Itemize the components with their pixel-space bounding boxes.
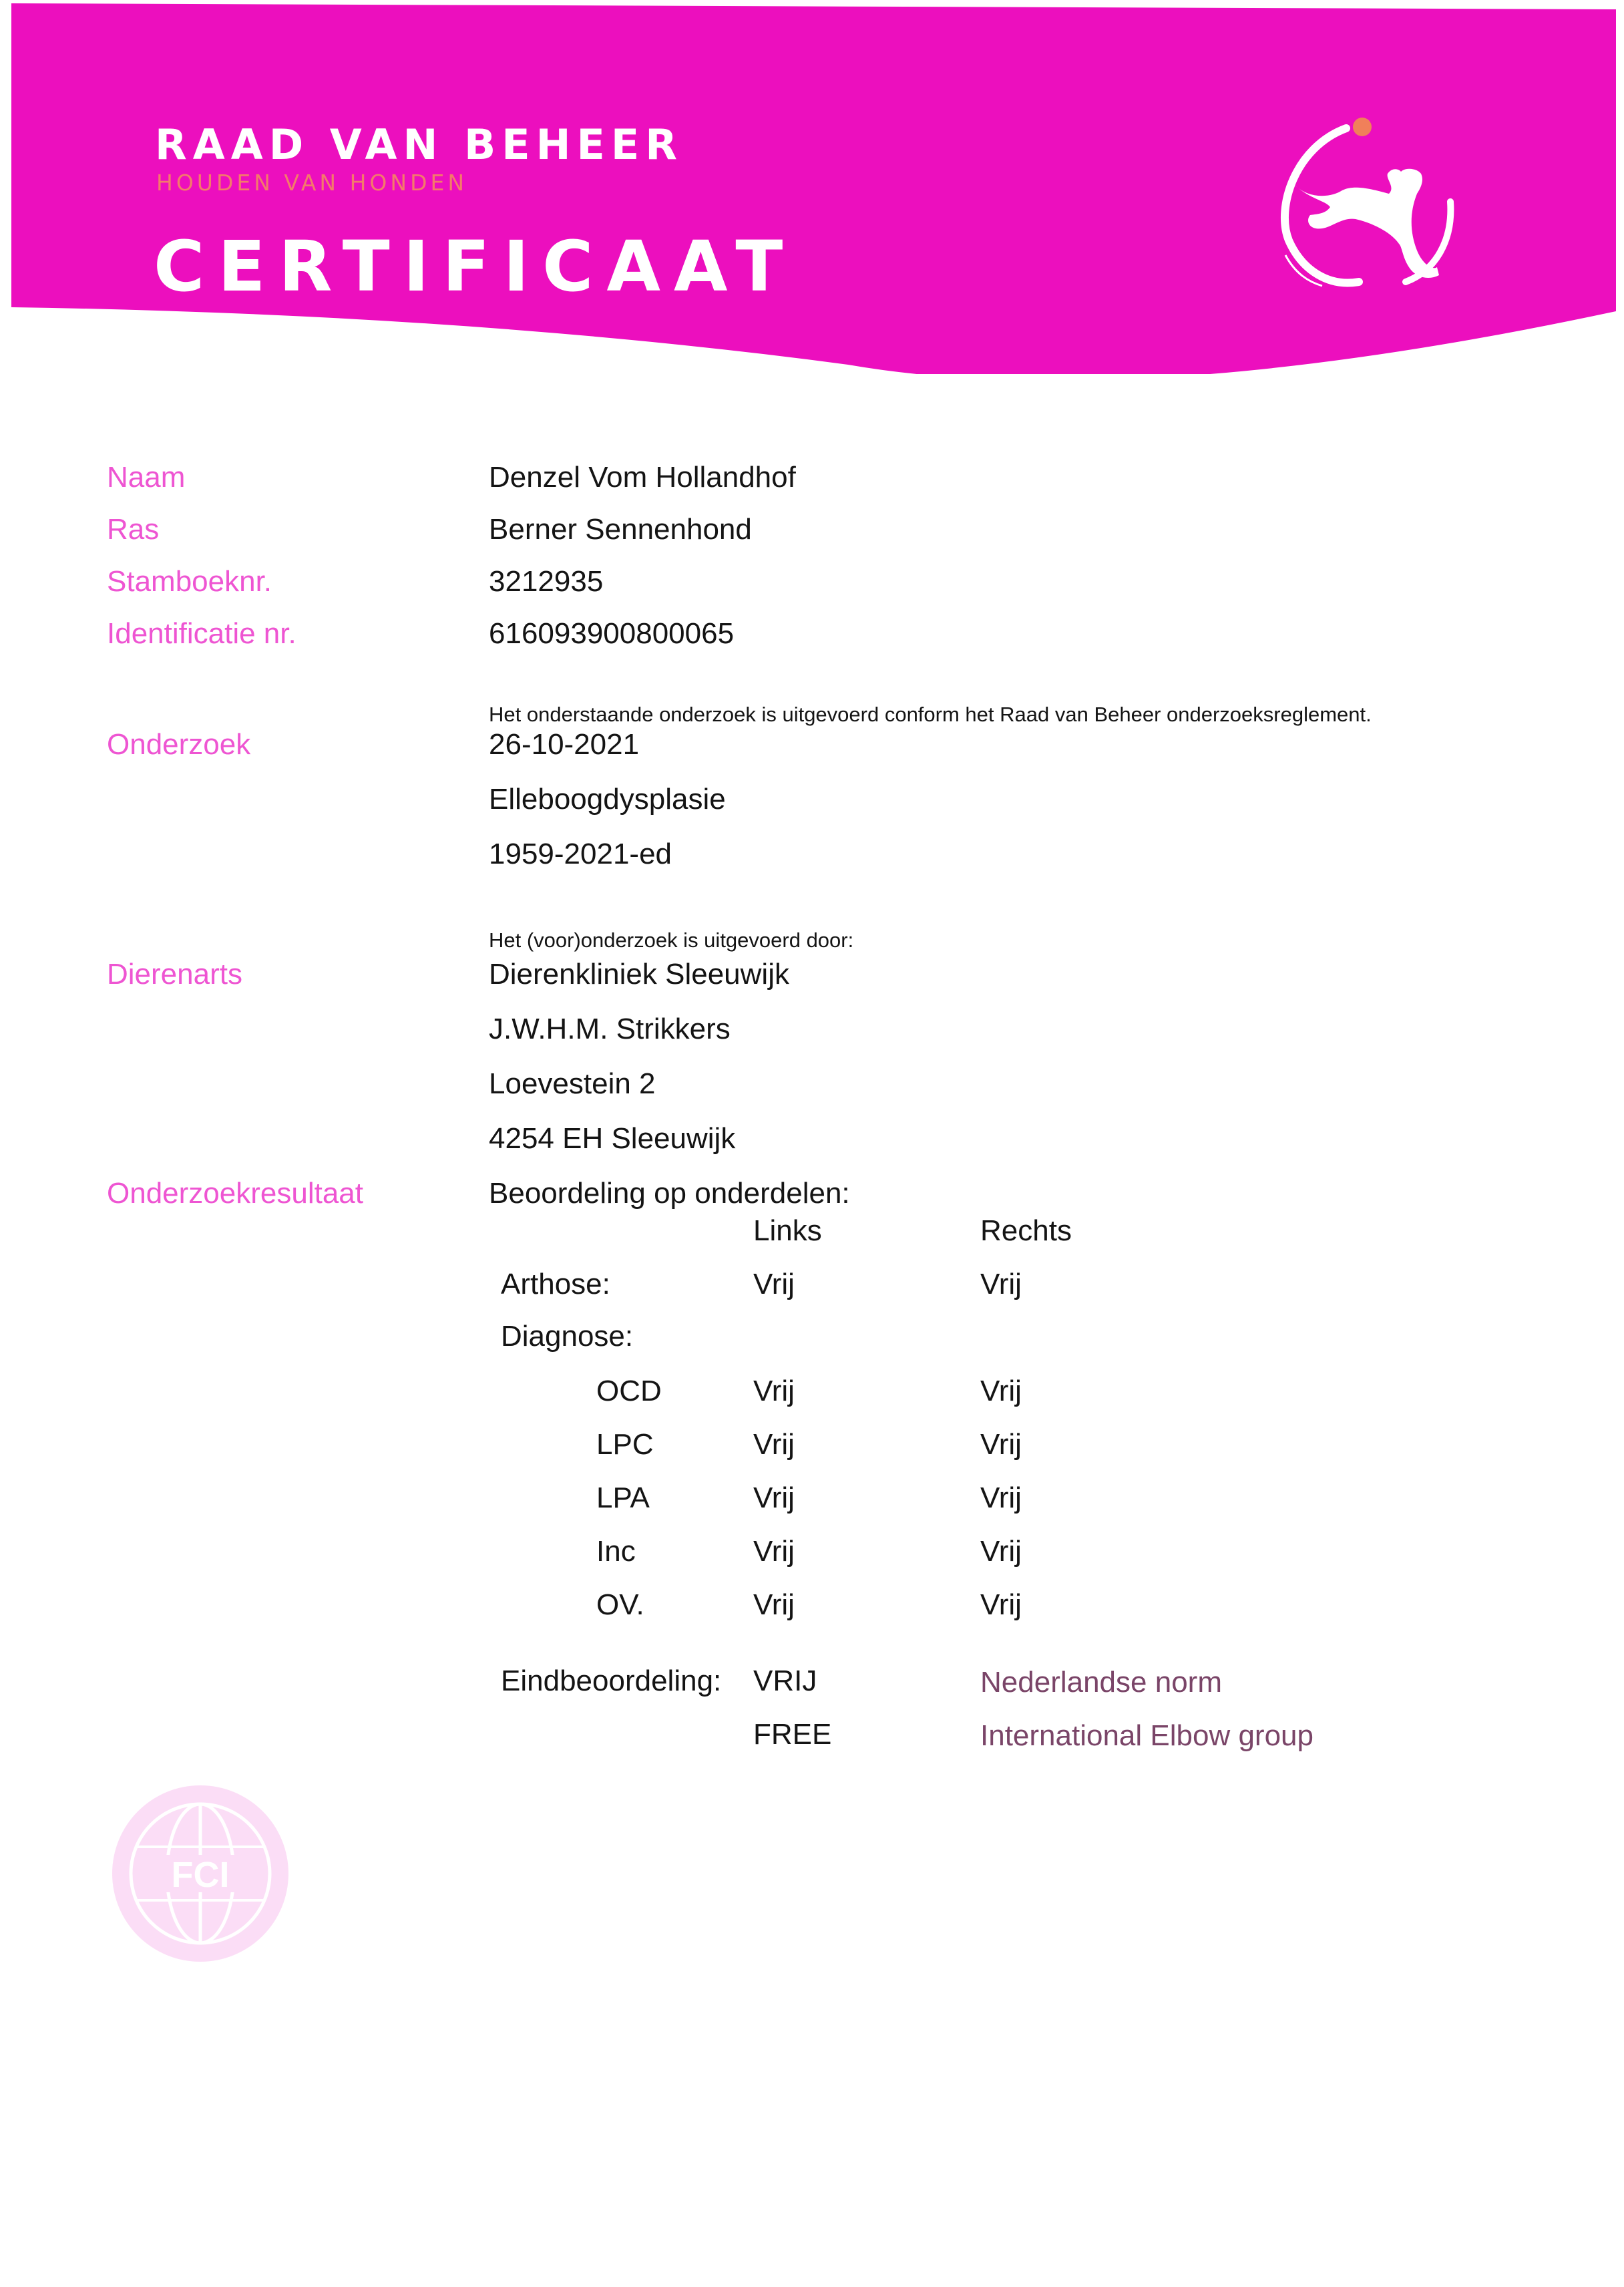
arthrosis-label: Arthose: (501, 1268, 610, 1301)
identification-number: 616093900800065 (489, 617, 734, 651)
dog-name: Denzel Vom Hollandhof (489, 461, 796, 494)
diagnosis-row-label: OV. (596, 1588, 644, 1622)
veterinarian-name: J.W.H.M. Strikkers (489, 1013, 731, 1046)
breed-label: Ras (107, 513, 159, 546)
diagnosis-row-label: Inc (596, 1535, 636, 1568)
clinic-city: 4254 EH Sleeuwijk (489, 1122, 735, 1156)
fci-stamp-icon: FCI (107, 1780, 294, 1967)
final-assessment-norm: Nederlandse norm (980, 1666, 1222, 1699)
diagnosis-row-right: Vrij (980, 1428, 1022, 1461)
identification-label: Identificatie nr. (107, 617, 296, 651)
arthrosis-left: Vrij (753, 1268, 795, 1301)
fci-stamp-text: FCI (172, 1855, 230, 1895)
diagnosis-row-left: Vrij (753, 1588, 795, 1622)
studbook-number: 3212935 (489, 565, 603, 598)
document-title: CERTIFICAAT (154, 226, 796, 307)
examination-reference: 1959-2021-ed (489, 838, 672, 871)
final-assessment-value: VRIJ (753, 1664, 817, 1698)
diagnosis-row-right: Vrij (980, 1588, 1022, 1622)
final-assessment-value: FREE (753, 1718, 831, 1751)
dog-breed: Berner Sennenhond (489, 513, 752, 546)
column-left-header: Links (753, 1214, 822, 1248)
diagnosis-row-right: Vrij (980, 1375, 1022, 1408)
leaping-dog-logo-icon (1269, 107, 1469, 294)
veterinarian-note: Het (voor)onderzoek is uitgevoerd door: (489, 928, 853, 952)
examination-date: 26-10-2021 (489, 728, 639, 761)
diagnosis-row-left: Vrij (753, 1428, 795, 1461)
result-heading: Beoordeling op onderdelen: (489, 1177, 850, 1210)
final-assessment-norm: International Elbow group (980, 1719, 1313, 1753)
arthrosis-right: Vrij (980, 1268, 1022, 1301)
diagnosis-row-label: OCD (596, 1375, 662, 1408)
diagnosis-row-right: Vrij (980, 1481, 1022, 1515)
name-label: Naam (107, 461, 185, 494)
final-assessment-label: Eindbeoordeling: (501, 1664, 721, 1698)
result-label: Onderzoekresultaat (107, 1177, 363, 1210)
diagnosis-row-left: Vrij (753, 1535, 795, 1568)
column-right-header: Rechts (980, 1214, 1072, 1248)
clinic-name: Dierenkliniek Sleeuwijk (489, 958, 789, 991)
diagnosis-row-label: LPC (596, 1428, 654, 1461)
veterinarian-label: Dierenarts (107, 958, 242, 991)
diagnosis-row-right: Vrij (980, 1535, 1022, 1568)
examination-label: Onderzoek (107, 728, 250, 761)
organization-tagline: HOUDEN VAN HONDEN (156, 170, 467, 196)
examination-type: Elleboogdysplasie (489, 783, 726, 816)
organization-name: RAAD VAN BEHEER (155, 120, 683, 169)
examination-note: Het onderstaande onderzoek is uitgevoerd… (489, 703, 1372, 727)
diagnosis-label: Diagnose: (501, 1320, 633, 1353)
diagnosis-row-left: Vrij (753, 1375, 795, 1408)
diagnosis-row-left: Vrij (753, 1481, 795, 1515)
diagnosis-row-label: LPA (596, 1481, 650, 1515)
studbook-label: Stamboeknr. (107, 565, 272, 598)
clinic-street: Loevestein 2 (489, 1067, 656, 1101)
